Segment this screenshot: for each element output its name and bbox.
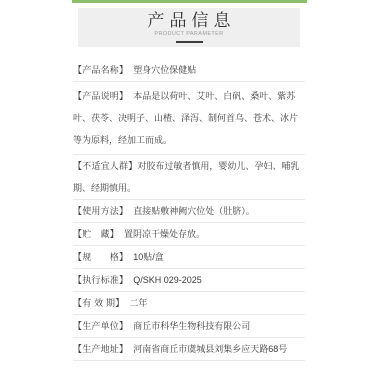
info-row-product-description: 【产品说明】本品是以荷叶、艾叶、白矾、桑叶、紫苏叶、茯苓、决明子、山楂、泽泻、制… — [73, 82, 305, 155]
title-underline — [176, 41, 203, 43]
info-row-manufacturer: 【生产单位】商丘市科华生物科技有限公司 — [73, 315, 305, 338]
row-value: 商丘市科华生物科技有限公司 — [133, 321, 250, 331]
info-row-usage-method: 【使用方法】直接贴敷神阙穴位处（肚脐）。 — [73, 200, 305, 223]
row-value: 塑身穴位保健贴 — [133, 65, 196, 75]
row-label: 【规 格】 — [73, 252, 128, 262]
info-row-shelf-life: 【有 效 期】二年 — [73, 292, 305, 315]
row-label: 【生产单位】 — [73, 321, 128, 331]
section-header: 产品信息 PRODUCT PARAMETER — [78, 8, 300, 47]
row-value: 置阴凉干燥处存放。 — [124, 229, 205, 239]
info-row-production-address: 【生产地址】河南省商丘市虞城县刘集乡应天路68号 — [73, 338, 305, 361]
info-row-product-name: 【产品名称】塑身穴位保健贴 — [73, 59, 305, 82]
row-label: 【生产地址】 — [73, 344, 128, 354]
info-row-specification: 【规 格】10贴/盒 — [73, 246, 305, 269]
product-info-list: 【产品名称】塑身穴位保健贴 【产品说明】本品是以荷叶、艾叶、白矾、桑叶、紫苏叶、… — [73, 59, 305, 361]
accent-top-bar — [72, 0, 307, 3]
row-label: 【产品名称】 — [73, 65, 128, 75]
info-row-unsuitable-people: 【不适宜人群】对胶布过敏者慎用，婴幼儿、孕妇、哺乳期、经期慎用。 — [73, 155, 305, 200]
row-value: 直接贴敷神阙穴位处（肚脐）。 — [133, 206, 255, 216]
page-subtitle: PRODUCT PARAMETER — [78, 31, 300, 38]
row-label: 【执行标准】 — [73, 275, 128, 285]
page-title: 产品信息 — [78, 12, 300, 30]
row-label: 【有 效 期】 — [73, 298, 124, 308]
row-label: 【不适宜人群】 — [73, 161, 137, 171]
info-row-storage: 【贮 藏】置阴凉干燥处存放。 — [73, 223, 305, 246]
info-row-executive-standard: 【执行标准】Q/SKH 029-2025 — [73, 269, 305, 292]
row-label: 【使用方法】 — [73, 206, 128, 216]
row-value: 河南省商丘市虞城县刘集乡应天路68号 — [133, 344, 287, 354]
row-value: 10贴/盒 — [133, 252, 164, 262]
row-value: Q/SKH 029-2025 — [133, 275, 202, 285]
row-value: 二年 — [129, 298, 147, 308]
row-label: 【贮 藏】 — [73, 229, 119, 239]
row-label: 【产品说明】 — [73, 91, 128, 101]
